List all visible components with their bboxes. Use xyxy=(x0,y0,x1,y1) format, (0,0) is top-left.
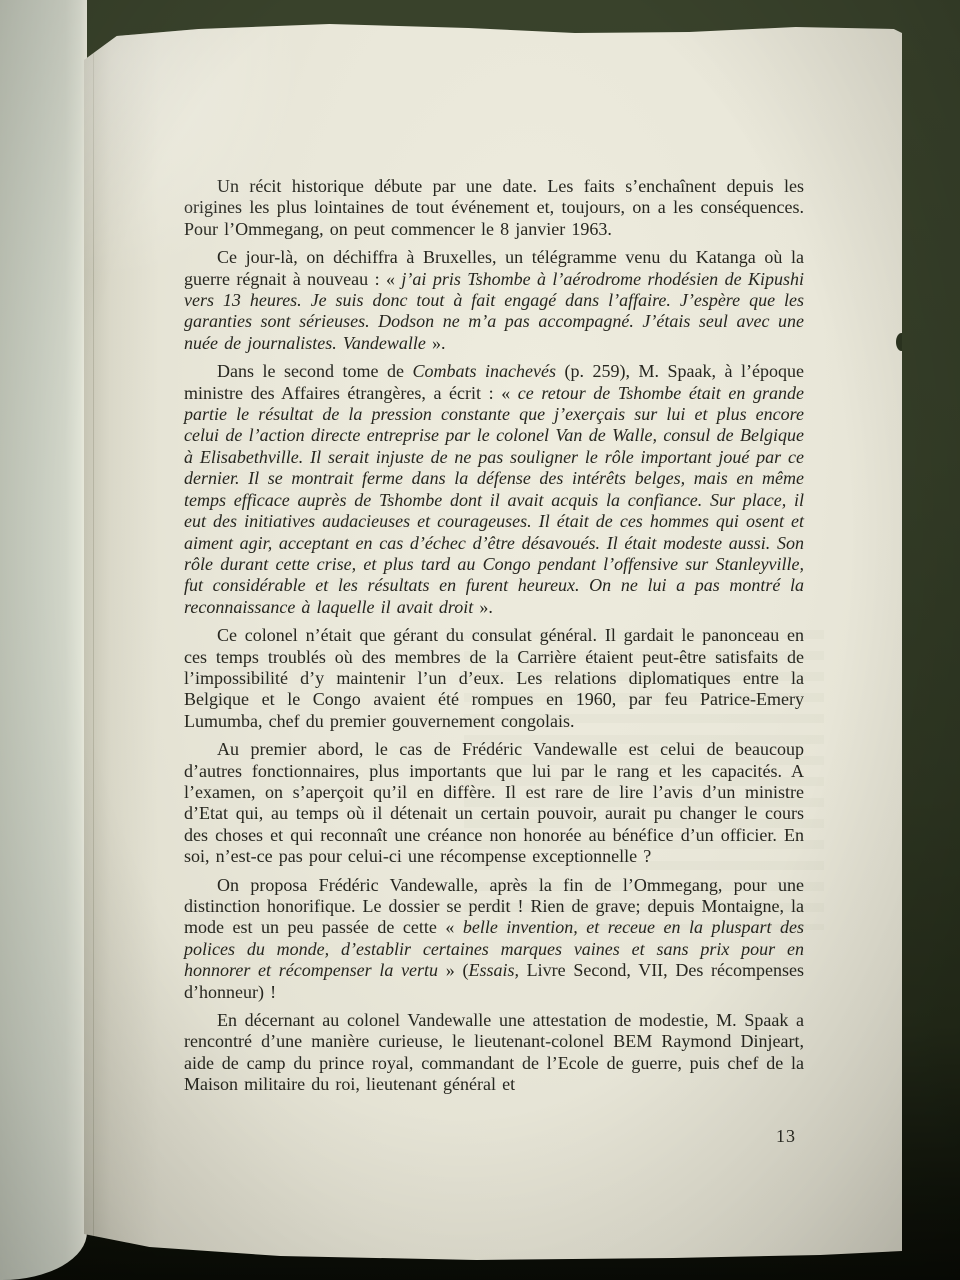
gutter-crease xyxy=(93,20,94,1260)
book-page: Un récit historique débute par une date.… xyxy=(84,20,902,1260)
paragraph: Au premier abord, le cas de Frédéric Van… xyxy=(184,739,804,867)
text-run: Un récit historique débute par une date.… xyxy=(184,176,804,239)
paragraph: Dans le second tome de Combats inachevés… xyxy=(184,361,804,618)
page-number: 13 xyxy=(776,1126,796,1147)
italic-text-run: Combats inachevés xyxy=(413,361,556,381)
text-run: » ( xyxy=(438,960,468,980)
text-run: ». xyxy=(426,333,446,353)
text-run: En décernant au colonel Vandewalle une a… xyxy=(184,1010,804,1094)
book-photo-background: Un récit historique débute par une date.… xyxy=(0,0,960,1280)
text-run: Ce colonel n’était que gérant du consula… xyxy=(184,625,804,731)
text-run: Dans le second tome de xyxy=(217,361,413,381)
paragraph: Ce colonel n’était que gérant du consula… xyxy=(184,625,804,732)
page-edge-notch xyxy=(896,333,907,351)
italic-text-run: Essais, xyxy=(468,960,519,980)
paragraph: Un récit historique débute par une date.… xyxy=(184,176,804,240)
text-run: Au premier abord, le cas de Frédéric Van… xyxy=(184,739,804,866)
paragraph: En décernant au colonel Vandewalle une a… xyxy=(184,1010,804,1096)
text-run: ». xyxy=(473,597,493,617)
italic-text-run: ce retour de Tshombe était en grande par… xyxy=(184,383,804,617)
paragraph: On proposa Frédéric Vandewalle, après la… xyxy=(184,875,804,1003)
left-page-edge xyxy=(0,0,87,1280)
paragraph: Ce jour-là, on déchiffra à Bruxelles, un… xyxy=(184,247,804,354)
page-text: Un récit historique débute par une date.… xyxy=(184,176,804,1103)
